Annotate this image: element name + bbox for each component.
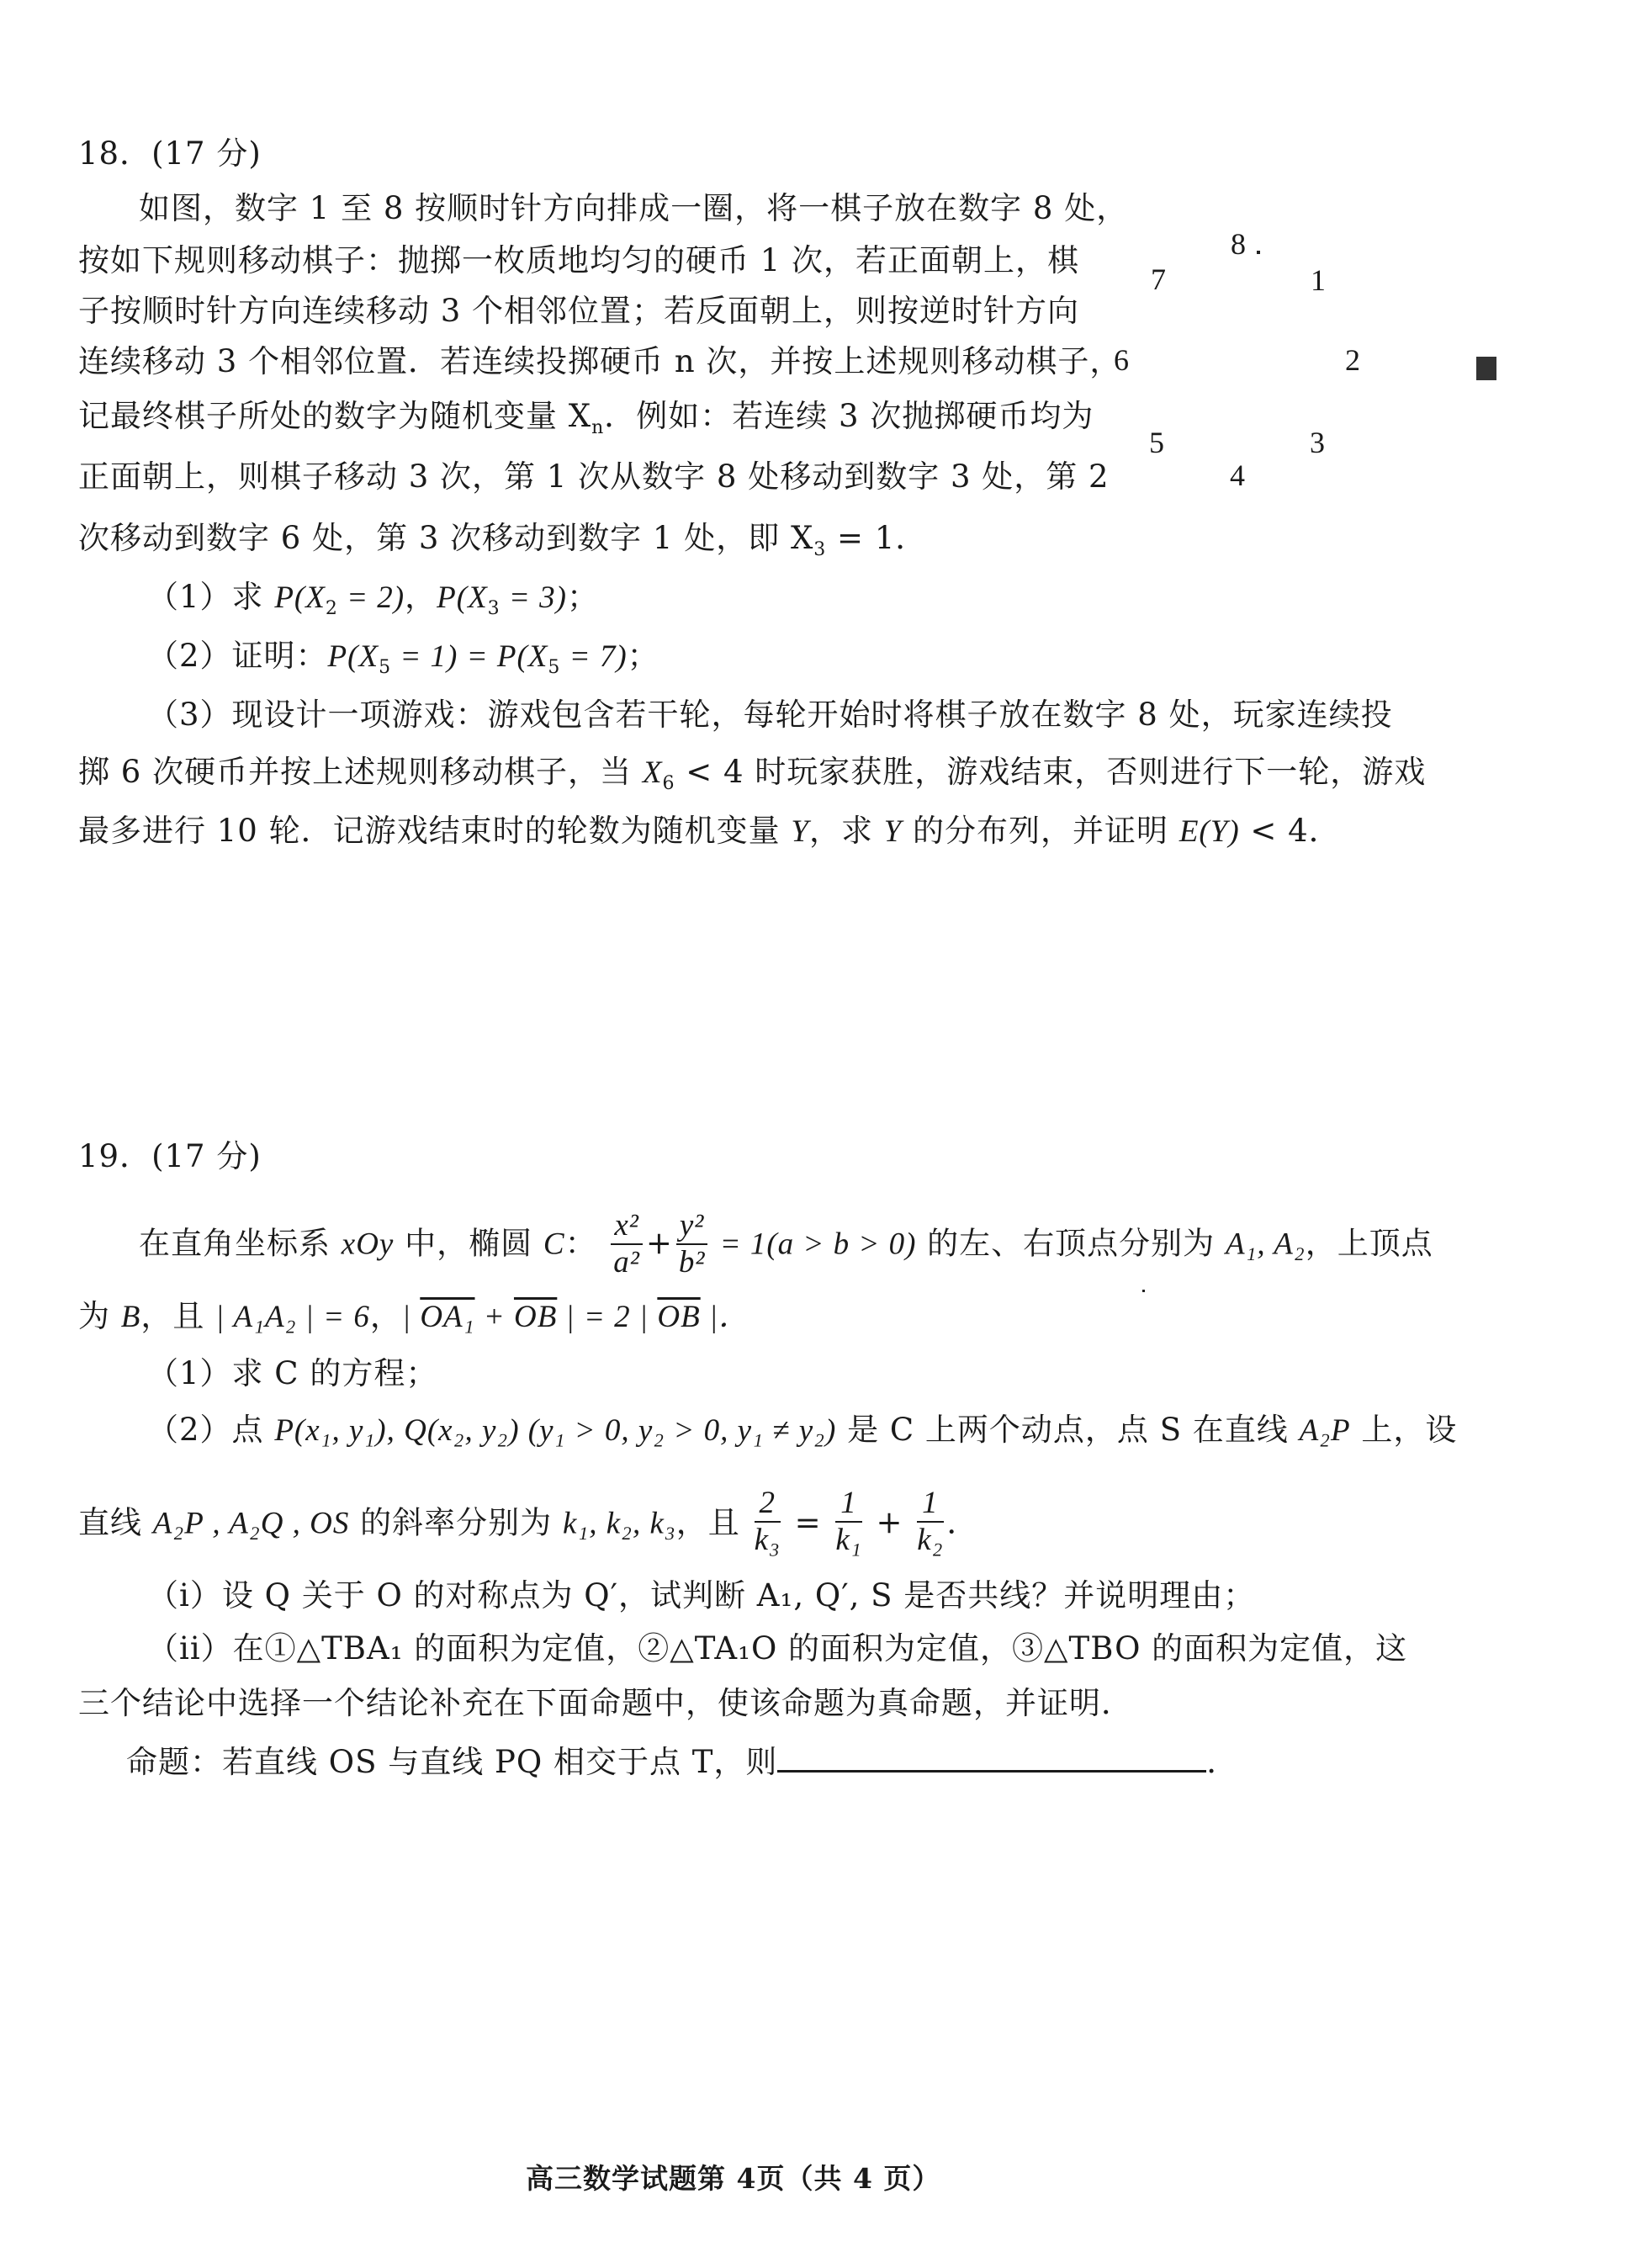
fraction-y2-b2: y²b² xyxy=(676,1208,708,1280)
q18-line5-a: 记最终棋子所处的数字为随机变量 X xyxy=(78,398,591,434)
vector-OB: OB xyxy=(514,1300,557,1334)
text: ： xyxy=(565,1226,597,1262)
q19-part-1: （1）求 C 的方程； xyxy=(147,1355,437,1392)
denominator: a² xyxy=(611,1245,643,1280)
q18-text-line-1: 如图，数字 1 至 8 按顺时针方向排成一圈，将一棋子放在数字 8 处， xyxy=(139,190,1128,227)
subscript-n: n xyxy=(591,417,604,438)
math-var: X xyxy=(643,755,663,790)
math-expr: A₁, A₂ xyxy=(1226,1227,1306,1262)
math-expr: = 1) = xyxy=(391,639,497,674)
math-var: Y xyxy=(791,814,809,849)
math-expr: |． xyxy=(701,1300,750,1334)
q18-text-line-6: 正面朝上，则棋子移动 3 次，第 1 次从数字 8 处移动到数字 3 处，第 2 xyxy=(78,458,1110,495)
separator: ， xyxy=(405,579,437,615)
denominator: k₂ xyxy=(917,1523,943,1558)
text: 为 xyxy=(78,1298,121,1334)
q19-intro-line: 在直角坐标系 xOy 中，椭圆 C： x²a²+y²b² = 1(a > b >… xyxy=(139,1210,1433,1282)
q18-header: 18．(17 分) xyxy=(78,135,262,172)
text: ，求 xyxy=(809,813,884,849)
q19-sub-i: （i）设 Q 关于 O 的对称点为 Q′，试判断 A₁, Q′, S 是否共线？… xyxy=(147,1577,1255,1614)
numerator: 1 xyxy=(835,1486,861,1523)
diagram-number-2: 2 xyxy=(1345,342,1360,378)
subscript: 5 xyxy=(548,657,560,678)
math-var: xOy xyxy=(342,1227,395,1262)
subscript: 5 xyxy=(379,657,391,678)
math-expr: E(Y) xyxy=(1179,814,1240,849)
q19-line-2: 为 B，且 | A₁A₂ | = 6，| OA₁ + OB | = 2 | OB… xyxy=(78,1298,750,1336)
text: ， xyxy=(370,1298,402,1334)
diagram-number-8: 8 xyxy=(1231,226,1246,262)
math-expr: = 1(a > b > 0) xyxy=(711,1227,916,1262)
text: 的分布列，并证明 xyxy=(902,813,1179,849)
math-var: B xyxy=(121,1300,141,1334)
text: 上，设 xyxy=(1351,1412,1458,1448)
text: ，且 xyxy=(676,1505,751,1541)
math-expr: = 2) xyxy=(338,580,405,615)
vector-OA1: OA₁ xyxy=(420,1300,474,1334)
math-var: Y xyxy=(884,814,903,849)
text: 中，椭圆 xyxy=(394,1226,543,1262)
end-punct: ． xyxy=(947,1505,979,1541)
end-punct: ． xyxy=(1206,1744,1238,1780)
numerator: 1 xyxy=(917,1486,943,1523)
vector-OB: OB xyxy=(657,1300,700,1334)
q19-sub-ii-line-2: 三个结论中选择一个结论补充在下面命题中，使该命题为真命题，并证明． xyxy=(78,1685,1133,1722)
operator: + xyxy=(646,1226,673,1262)
math-expr: P(X xyxy=(328,639,379,674)
fraction-x2-a2: x²a² xyxy=(611,1208,643,1280)
diagram-number-4: 4 xyxy=(1230,458,1245,493)
denominator: k₁ xyxy=(835,1523,861,1558)
q18-part-1: （1）求 P(X2 = 2)，P(X3 = 3)； xyxy=(147,579,599,617)
page-footer: 高三数学试题第 4页（共 4 页） xyxy=(526,2157,940,2196)
scan-speck xyxy=(1142,1290,1145,1292)
math-expr: = 3) xyxy=(501,580,567,615)
diagram-number-5: 5 xyxy=(1149,425,1164,460)
denominator: b² xyxy=(676,1245,708,1280)
q18-text-line-5: 记最终棋子所处的数字为随机变量 Xn．例如：若连续 3 次抛掷硬币均为 xyxy=(78,398,1094,435)
text: 命题：若直线 OS 与直线 PQ 相交于点 T，则 xyxy=(126,1744,777,1780)
answer-blank[interactable] xyxy=(777,1745,1206,1773)
q18-text-line-3: 子按顺时针方向连续移动 3 个相邻位置；若反面朝上，则按逆时针方向 xyxy=(78,293,1079,330)
math-expr: = 7) xyxy=(560,639,627,674)
math-expr: P(X xyxy=(497,639,548,674)
numerator: y² xyxy=(676,1208,708,1245)
q18-line7-eq: = 1． xyxy=(826,520,927,556)
fraction-2-k3: 2k₃ xyxy=(755,1486,781,1558)
operator: = xyxy=(784,1505,833,1541)
operator: + xyxy=(866,1505,914,1541)
fraction-1-k1: 1k₁ xyxy=(835,1486,861,1558)
q18-text-line-7: 次移动到数字 6 处，第 3 次移动到数字 1 处，即 X3 = 1． xyxy=(78,520,927,557)
text: 是 C 上两个动点，点 S 在直线 xyxy=(836,1412,1299,1448)
diagram-number-6: 6 xyxy=(1114,342,1129,378)
q18-line7-a: 次移动到数字 6 处，第 3 次移动到数字 1 处，即 X xyxy=(78,520,813,556)
diagram-number-7: 7 xyxy=(1151,262,1166,297)
text: 的左、右顶点分别为 xyxy=(916,1226,1226,1262)
math-expr: | xyxy=(402,1300,420,1334)
text: 最多进行 10 轮．记游戏结束时的轮数为随机变量 xyxy=(78,813,791,849)
end-punct: ； xyxy=(567,579,599,615)
q18-part-3-line-3: 最多进行 10 轮．记游戏结束时的轮数为随机变量 Y，求 Y 的分布列，并证明 … xyxy=(78,813,1341,850)
q19-sub-ii-line-1: （ii）在①△TBA₁ 的面积为定值，②△TA₁O 的面积为定值，③△TBO 的… xyxy=(147,1630,1407,1667)
end-punct: ； xyxy=(628,638,659,674)
text: 在直角坐标系 xyxy=(139,1226,342,1262)
subscript-3: 3 xyxy=(813,539,826,560)
math-expr: P(x₁, y₁), Q(x₂, y₂) (y₁ > 0, y₂ > 0, y₁… xyxy=(274,1413,836,1448)
scan-mark xyxy=(1476,357,1496,380)
diagram-number-1: 1 xyxy=(1311,262,1326,298)
q18-text-line-2: 按如下规则移动棋子：抛掷一枚质地均匀的硬币 1 次，若正面朝上，棋 xyxy=(78,242,1079,279)
text: （2）点 xyxy=(147,1412,274,1448)
subscript: 2 xyxy=(326,598,338,619)
math-expr: A₂P , A₂Q , OS xyxy=(153,1507,350,1541)
text: 的斜率分别为 xyxy=(349,1505,563,1541)
text: < 4． xyxy=(1240,813,1341,849)
math-expr: | A₁A₂ | = 6 xyxy=(215,1300,370,1334)
text: 直线 xyxy=(78,1505,153,1541)
q19-slopes-line: 直线 A₂P , A₂Q , OS 的斜率分别为 k₁, k₂, k₃，且 2k… xyxy=(78,1489,979,1561)
dot-mark xyxy=(1257,251,1260,254)
subscript: 6 xyxy=(662,773,675,794)
q19-part-2: （2）点 P(x₁, y₁), Q(x₂, y₂) (y₁ > 0, y₂ > … xyxy=(147,1412,1457,1449)
math-expr: P(X xyxy=(437,580,488,615)
text: 掷 6 次硬币并按上述规则移动棋子，当 xyxy=(78,754,643,790)
fraction-1-k2: 1k₂ xyxy=(917,1486,943,1558)
diagram-number-3: 3 xyxy=(1310,425,1325,460)
part-label: （2）证明： xyxy=(147,638,328,674)
text: < 4 时玩家获胜，游戏结束，否则进行下一轮，游戏 xyxy=(675,754,1426,790)
q19-header: 19．(17 分) xyxy=(78,1138,262,1175)
math-expr: | = 2 | xyxy=(557,1300,657,1334)
numerator: x² xyxy=(611,1208,643,1245)
q18-part-3-line-1: （3）现设计一项游戏：游戏包含若干轮，每轮开始时将棋子放在数字 8 处，玩家连续… xyxy=(147,697,1393,734)
q18-line5-b: ．例如：若连续 3 次抛掷硬币均为 xyxy=(604,398,1094,434)
text: ，且 xyxy=(140,1298,215,1334)
math-expr: k₁, k₂, k₃ xyxy=(563,1507,676,1541)
math-var: C xyxy=(543,1227,565,1262)
text: ，上顶点 xyxy=(1306,1226,1433,1262)
q18-text-line-4: 连续移动 3 个相邻位置．若连续投掷硬币 n 次，并按上述规则移动棋子， xyxy=(78,343,1121,380)
q19-proposition: 命题：若直线 OS 与直线 PQ 相交于点 T，则． xyxy=(126,1744,1238,1781)
operator: + xyxy=(475,1300,514,1334)
denominator: k₃ xyxy=(755,1523,781,1558)
q18-part-2: （2）证明：P(X5 = 1) = P(X5 = 7)； xyxy=(147,638,659,676)
part-label: （1）求 xyxy=(147,579,274,615)
math-expr: A₂P xyxy=(1300,1413,1351,1448)
q18-part-3-line-2: 掷 6 次硬币并按上述规则移动棋子，当 X6 < 4 时玩家获胜，游戏结束，否则… xyxy=(78,754,1426,792)
math-expr: P(X xyxy=(274,580,326,615)
numerator: 2 xyxy=(755,1486,781,1523)
subscript: 3 xyxy=(488,598,501,619)
